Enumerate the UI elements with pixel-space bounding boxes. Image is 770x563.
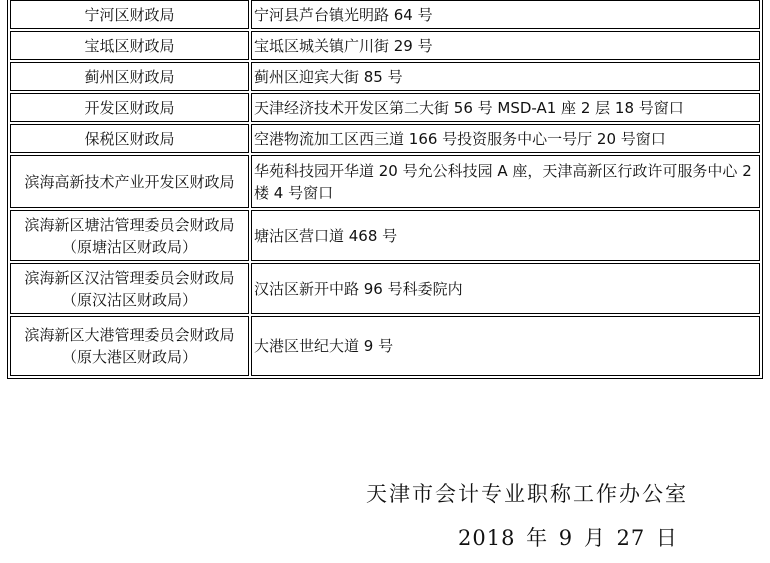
office-address-cell: 蓟州区迎宾大街 85 号 bbox=[251, 62, 760, 91]
table-row: 开发区财政局 天津经济技术开发区第二大街 56 号 MSD-A1 座 2 层 1… bbox=[10, 93, 760, 122]
table-row: 滨海新区塘沽管理委员会财政局（原塘沽区财政局） 塘沽区营口道 468 号 bbox=[10, 210, 760, 261]
issue-date: 2018 年 9 月 27 日 bbox=[458, 522, 678, 552]
office-address-cell: 空港物流加工区西三道 166 号投资服务中心一号厅 20 号窗口 bbox=[251, 124, 760, 153]
office-address-cell: 大港区世纪大道 9 号 bbox=[251, 316, 760, 376]
office-address-cell: 宝坻区城关镇广川街 29 号 bbox=[251, 31, 760, 60]
office-name-cell: 滨海新区大港管理委员会财政局（原大港区财政局） bbox=[10, 316, 249, 376]
table-row: 保税区财政局 空港物流加工区西三道 166 号投资服务中心一号厅 20 号窗口 bbox=[10, 124, 760, 153]
office-address-cell: 塘沽区营口道 468 号 bbox=[251, 210, 760, 261]
office-address-cell: 天津经济技术开发区第二大街 56 号 MSD-A1 座 2 层 18 号窗口 bbox=[251, 93, 760, 122]
table-row: 宁河区财政局 宁河县芦台镇光明路 64 号 bbox=[10, 0, 760, 29]
office-name-cell: 蓟州区财政局 bbox=[10, 62, 249, 91]
table-row: 滨海高新技术产业开发区财政局 华苑科技园开华道 20 号允公科技园 A 座，天津… bbox=[10, 155, 760, 208]
issuer-signature: 天津市会计专业职称工作办公室 bbox=[366, 478, 688, 508]
office-address-cell: 汉沽区新开中路 96 号科委院内 bbox=[251, 263, 760, 314]
office-name-cell: 滨海新区塘沽管理委员会财政局（原塘沽区财政局） bbox=[10, 210, 249, 261]
office-address-table: 宁河区财政局 宁河县芦台镇光明路 64 号 宝坻区财政局 宝坻区城关镇广川街 2… bbox=[8, 0, 762, 378]
office-address-cell: 宁河县芦台镇光明路 64 号 bbox=[251, 0, 760, 29]
table-row: 滨海新区大港管理委员会财政局（原大港区财政局） 大港区世纪大道 9 号 bbox=[10, 316, 760, 376]
office-name-cell: 宝坻区财政局 bbox=[10, 31, 249, 60]
office-address-cell: 华苑科技园开华道 20 号允公科技园 A 座，天津高新区行政许可服务中心 2 楼… bbox=[251, 155, 760, 208]
table-row: 滨海新区汉沽管理委员会财政局（原汉沽区财政局） 汉沽区新开中路 96 号科委院内 bbox=[10, 263, 760, 314]
office-address-table-container: 宁河区财政局 宁河县芦台镇光明路 64 号 宝坻区财政局 宝坻区城关镇广川街 2… bbox=[7, 0, 763, 379]
office-name-cell: 宁河区财政局 bbox=[10, 0, 249, 29]
table-row: 蓟州区财政局 蓟州区迎宾大街 85 号 bbox=[10, 62, 760, 91]
office-name-cell: 保税区财政局 bbox=[10, 124, 249, 153]
office-name-cell: 滨海新区汉沽管理委员会财政局（原汉沽区财政局） bbox=[10, 263, 249, 314]
table-row: 宝坻区财政局 宝坻区城关镇广川街 29 号 bbox=[10, 31, 760, 60]
office-name-cell: 滨海高新技术产业开发区财政局 bbox=[10, 155, 249, 208]
office-name-cell: 开发区财政局 bbox=[10, 93, 249, 122]
